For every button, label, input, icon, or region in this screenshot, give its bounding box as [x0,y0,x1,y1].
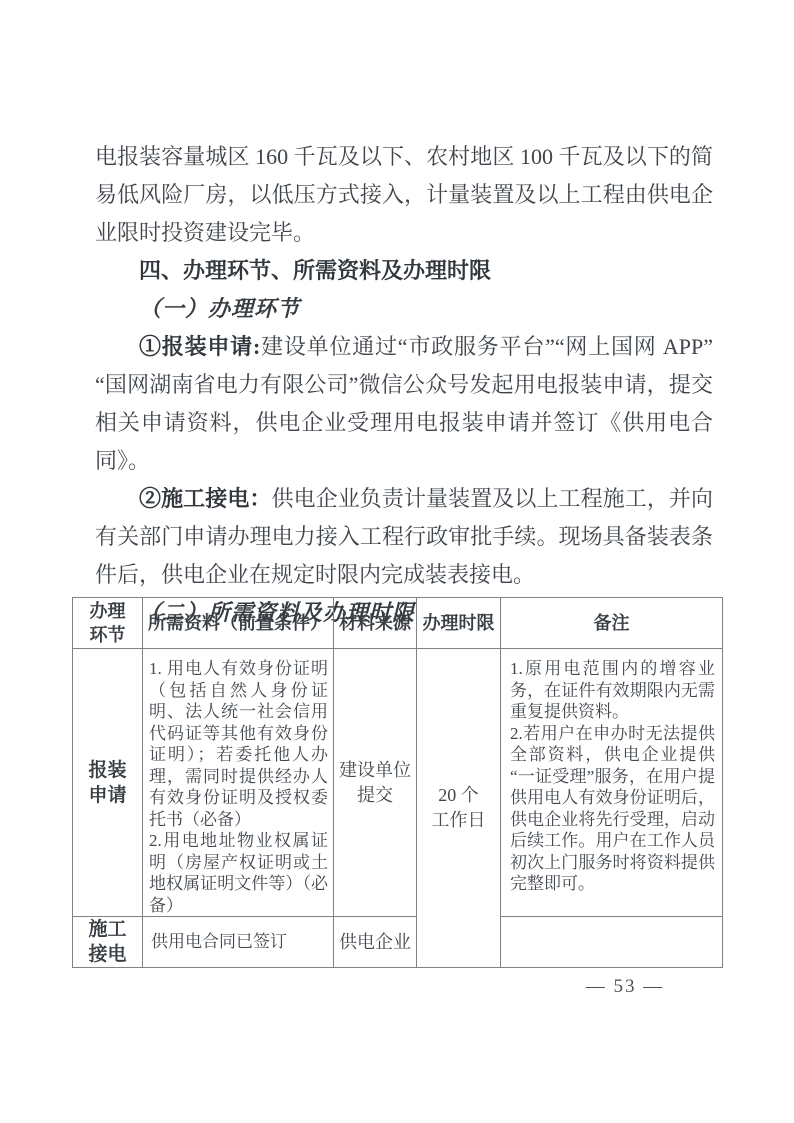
cell-remarks-apply: 1.原用电范围内的增容业务，在证件有效期限内无需重复提供资料。 2.若用户在申办… [501,649,723,917]
paragraph-step1: ①报装申请:建设单位通过“市政服务平台”“网上国网 APP”“国网湖南省电力有限… [95,328,713,480]
table-row-construct: 施工接电 供用电合同已签订 供电企业 [73,917,723,968]
header-stage: 办理环节 [73,598,143,649]
materials-item-1: 1. 用电人有效身份证明（包括自然人身份证明、法人统一社会信用代码证等其他有效身… [149,658,328,830]
header-source: 材料来源 [334,598,417,649]
document-page: 电报装容量城区 160 千瓦及以下、农村地区 100 千瓦及以下的简易低风险厂房… [0,0,794,1123]
header-time-limit: 办理时限 [417,598,501,649]
body-text: 电报装容量城区 160 千瓦及以下、农村地区 100 千瓦及以下的简易低风险厂房… [95,138,713,632]
remarks-item-1: 1.原用电范围内的增容业务，在证件有效期限内无需重复提供资料。 [510,658,715,723]
page-number: — 53 — [575,975,675,999]
cell-stage-apply: 报装申请 [73,649,143,917]
paragraph-capacity: 电报装容量城区 160 千瓦及以下、农村地区 100 千瓦及以下的简易低风险厂房… [95,138,713,252]
cell-materials-construct: 供用电合同已签订 [143,917,334,968]
cell-stage-construct: 施工接电 [73,917,143,968]
requirements-table: 办理环节 所需资料（前置条件） 材料来源 办理时限 备注 报装申请 1. 用电人… [72,597,723,968]
cell-time-limit: 20 个工作日 [417,649,501,968]
step1-label: ①报装申请: [139,334,260,359]
cell-source-apply: 建设单位提交 [334,649,417,917]
materials-item-2: 2.用电地址物业权属证明（房屋产权证明或土地权属证明文件等）（必备） [149,830,328,916]
remarks-item-2: 2.若用户在申办时无法提供全部资料，供电企业提供“一证受理”服务，在用户提供用电… [510,723,715,895]
cell-remarks-construct [501,917,723,968]
cell-source-construct: 供电企业 [334,917,417,968]
subsection-1-heading: （一）办理环节 [95,290,713,328]
paragraph-step2: ②施工接电：供电企业负责计量装置及以上工程施工，并向有关部门申请办理电力接入工程… [95,480,713,594]
header-materials: 所需资料（前置条件） [143,598,334,649]
header-remarks: 备注 [501,598,723,649]
step2-label: ②施工接电： [139,486,271,511]
table-header-row: 办理环节 所需资料（前置条件） 材料来源 办理时限 备注 [73,598,723,649]
section-heading: 四、办理环节、所需资料及办理时限 [95,252,713,290]
cell-materials-apply: 1. 用电人有效身份证明（包括自然人身份证明、法人统一社会信用代码证等其他有效身… [143,649,334,917]
table-row-apply: 报装申请 1. 用电人有效身份证明（包括自然人身份证明、法人统一社会信用代码证等… [73,649,723,917]
